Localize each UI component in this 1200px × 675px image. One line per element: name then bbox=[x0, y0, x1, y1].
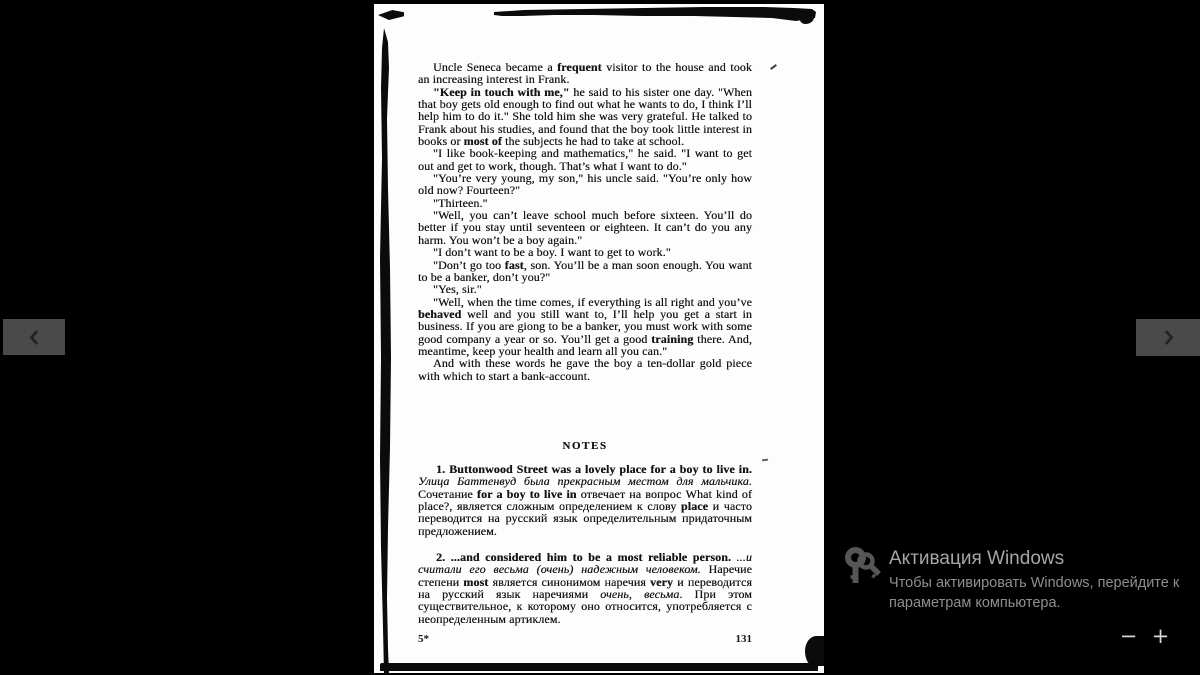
zoom-in-button[interactable]: + bbox=[1150, 622, 1171, 650]
prev-page-button[interactable] bbox=[3, 319, 65, 355]
scan-speck bbox=[762, 459, 768, 462]
story-paragraph: "You’re very young, my son," his uncle s… bbox=[418, 172, 752, 197]
zoom-out-button[interactable]: − bbox=[1118, 622, 1139, 650]
watermark-title: Активация Windows bbox=[889, 547, 1179, 571]
next-page-button[interactable] bbox=[1136, 319, 1200, 356]
watermark-line: параметрам компьютера. bbox=[889, 593, 1179, 613]
reader-screen: { "colors": { "background": "#000000", "… bbox=[0, 0, 1200, 675]
scan-artifact-corner-blob bbox=[805, 636, 824, 666]
story-paragraph: "Well, you can’t leave school much befor… bbox=[418, 209, 752, 246]
keys-icon bbox=[842, 546, 884, 593]
chevron-right-icon bbox=[1161, 329, 1176, 346]
story-text: Uncle Seneca became a frequent visitor t… bbox=[418, 61, 752, 382]
watermark-line: Чтобы активировать Windows, перейдите к bbox=[889, 573, 1179, 593]
story-paragraph: And with these words he gave the boy a t… bbox=[418, 357, 752, 382]
notes-section: 2. ...and considered him to be a most re… bbox=[418, 551, 752, 625]
scan-speck bbox=[770, 64, 777, 70]
notes-section: 1. Buttonwood Street was a lovely place … bbox=[418, 463, 752, 537]
footer-signature-mark: 5* bbox=[418, 633, 429, 645]
book-page: Uncle Seneca became a frequent visitor t… bbox=[374, 4, 824, 673]
scan-artifact-top-band bbox=[494, 6, 816, 24]
note-item: 1. Buttonwood Street was a lovely place … bbox=[418, 463, 752, 537]
scan-artifact-top-left-wedge bbox=[378, 10, 404, 20]
story-paragraph: Uncle Seneca became a frequent visitor t… bbox=[418, 61, 752, 86]
page-number: 131 bbox=[736, 633, 753, 645]
page-footer: 5* 131 bbox=[418, 633, 752, 645]
story-paragraph: "Don’t go too fast, son. You’ll be a man… bbox=[418, 259, 752, 284]
scan-artifact-left-streak bbox=[376, 28, 394, 674]
zoom-controls: − + bbox=[1118, 622, 1171, 650]
watermark-text: Активация Windows Чтобы активировать Win… bbox=[889, 546, 1179, 613]
scan-artifact-bottom-bar bbox=[380, 663, 818, 671]
story-paragraph: "I like book-keeping and mathematics," h… bbox=[418, 147, 752, 172]
notes-heading: NOTES bbox=[418, 440, 752, 452]
chevron-left-icon bbox=[27, 329, 42, 346]
story-paragraph: "Well, when the time comes, if everythin… bbox=[418, 296, 752, 358]
scan-artifact-top-band-lip bbox=[800, 13, 814, 24]
note-item: 2. ...and considered him to be a most re… bbox=[418, 551, 752, 625]
story-paragraph: "Keep in touch with me," he said to his … bbox=[418, 86, 752, 148]
windows-activation-watermark: Активация Windows Чтобы активировать Win… bbox=[842, 546, 1179, 613]
